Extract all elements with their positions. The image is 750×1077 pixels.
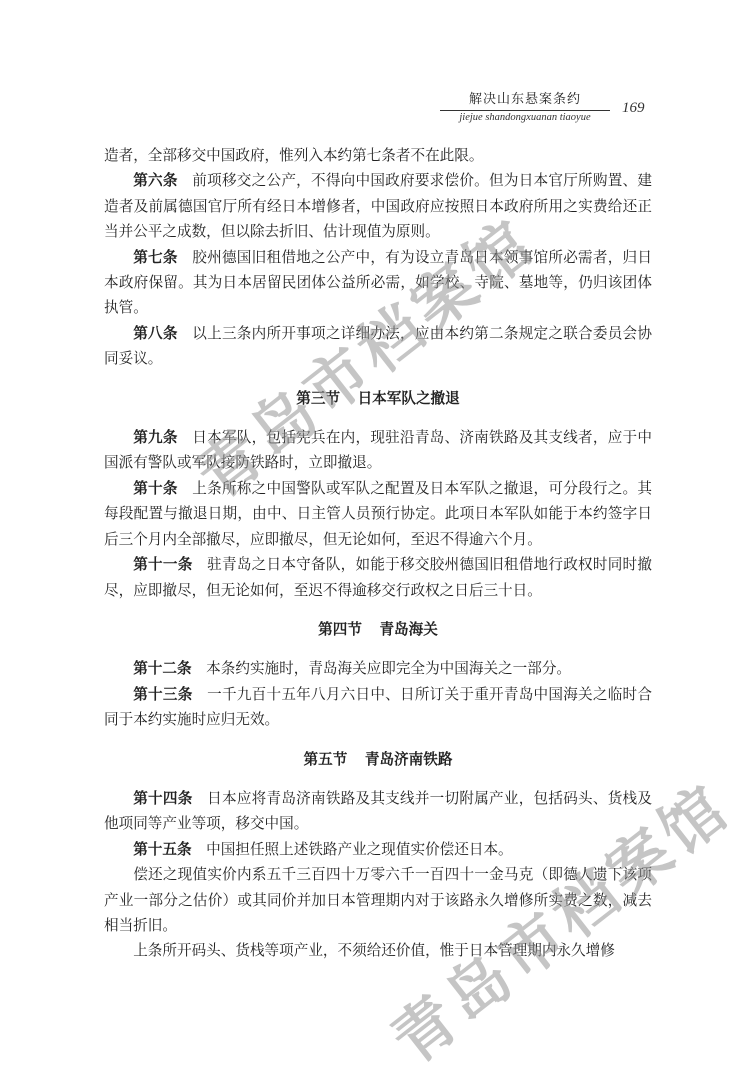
article-label: 第十条 (133, 480, 178, 497)
section-number: 第四节 (318, 621, 362, 638)
article-text: 上条所称之中国警队或军队之配置及日本军队之撤退，可分段行之。其每段配置与撤退日期… (104, 480, 652, 548)
paragraph: 偿还之现值实价内系五千三百四十万零六千一百四十一金马克（即德人遗下该项产业一部分… (104, 862, 652, 938)
section-name: 日本军队之撤退 (358, 390, 460, 407)
article-11: 第十一条驻青岛之日本守备队，如能于移交胶州德国旧租借地行政权时同时撤尽，应即撤尽… (104, 552, 652, 603)
article-label: 第十一条 (133, 556, 192, 573)
article-label: 第十三条 (133, 686, 192, 703)
article-label: 第八条 (133, 325, 178, 342)
article-13: 第十三条一千九百十五年八月六日中、日所订关于重开青岛中国海关之临时合同于本约实施… (104, 682, 652, 733)
article-label: 第七条 (133, 249, 178, 266)
article-text: 胶州德国旧租借地之公产中，有为设立青岛日本领事馆所必需者，归日本政府保留。其为日… (104, 249, 652, 317)
article-15: 第十五条中国担任照上述铁路产业之现值实价偿还日本。 (104, 837, 652, 862)
page-body: 造者，全部移交中国政府，惟列入本约第七条者不在此限。 第六条前项移交之公产，不得… (104, 143, 652, 964)
article-9: 第九条日本军队，包括宪兵在内，现驻沿青岛、济南铁路及其支线者，应于中国派有警队或… (104, 425, 652, 476)
section-heading-3: 第三节日本军队之撤退 (104, 386, 652, 411)
section-heading-5: 第五节青岛济南铁路 (104, 747, 652, 772)
article-14: 第十四条日本应将青岛济南铁路及其支线并一切附属产业，包括码头、货栈及他项同等产业… (104, 786, 652, 837)
article-text: 以上三条内所开事项之详细办法，应由本约第二条规定之联合委员会协同妥议。 (104, 325, 652, 367)
article-7: 第七条胶州德国旧租借地之公产中，有为设立青岛日本领事馆所必需者，归日本政府保留。… (104, 245, 652, 321)
article-label: 第六条 (133, 172, 178, 189)
section-name: 青岛海关 (379, 621, 437, 638)
running-header: 解决山东悬案条约 jiejue shandongxuanan tiaoyue (440, 88, 610, 123)
article-label: 第九条 (133, 429, 178, 446)
article-text: 前项移交之公产，不得向中国政府要求偿价。但为日本官厅所购置、建造者及前属德国官厅… (104, 172, 652, 240)
article-12: 第十二条本条约实施时，青岛海关应即完全为中国海关之一部分。 (104, 656, 652, 681)
header-pinyin: jiejue shandongxuanan tiaoyue (440, 112, 610, 123)
article-6: 第六条前项移交之公产，不得向中国政府要求偿价。但为日本官厅所购置、建造者及前属德… (104, 168, 652, 244)
article-text: 本条约实施时，青岛海关应即完全为中国海关之一部分。 (206, 660, 571, 677)
article-label: 第十二条 (133, 660, 191, 677)
article-text: 日本军队，包括宪兵在内，现驻沿青岛、济南铁路及其支线者，应于中国派有警队或军队接… (104, 429, 652, 471)
article-text: 中国担任照上述铁路产业之现值实价偿还日本。 (206, 841, 512, 858)
article-label: 第十四条 (133, 790, 192, 807)
article-10: 第十条上条所称之中国警队或军队之配置及日本军队之撤退，可分段行之。其每段配置与撤… (104, 476, 652, 552)
paragraph-continued: 造者，全部移交中国政府，惟列入本约第七条者不在此限。 (104, 143, 652, 168)
header-title: 解决山东悬案条约 (440, 88, 610, 111)
section-number: 第五节 (304, 751, 348, 768)
paragraph: 上条所开码头、货栈等项产业，不须给还价值，惟于日本管理期内永久增修 (104, 938, 652, 963)
article-8: 第八条以上三条内所开事项之详细办法，应由本约第二条规定之联合委员会协同妥议。 (104, 321, 652, 372)
page-number: 169 (622, 100, 645, 117)
section-name: 青岛济南铁路 (365, 751, 453, 768)
section-number: 第三节 (296, 390, 340, 407)
section-heading-4: 第四节青岛海关 (104, 617, 652, 642)
article-label: 第十五条 (133, 841, 191, 858)
